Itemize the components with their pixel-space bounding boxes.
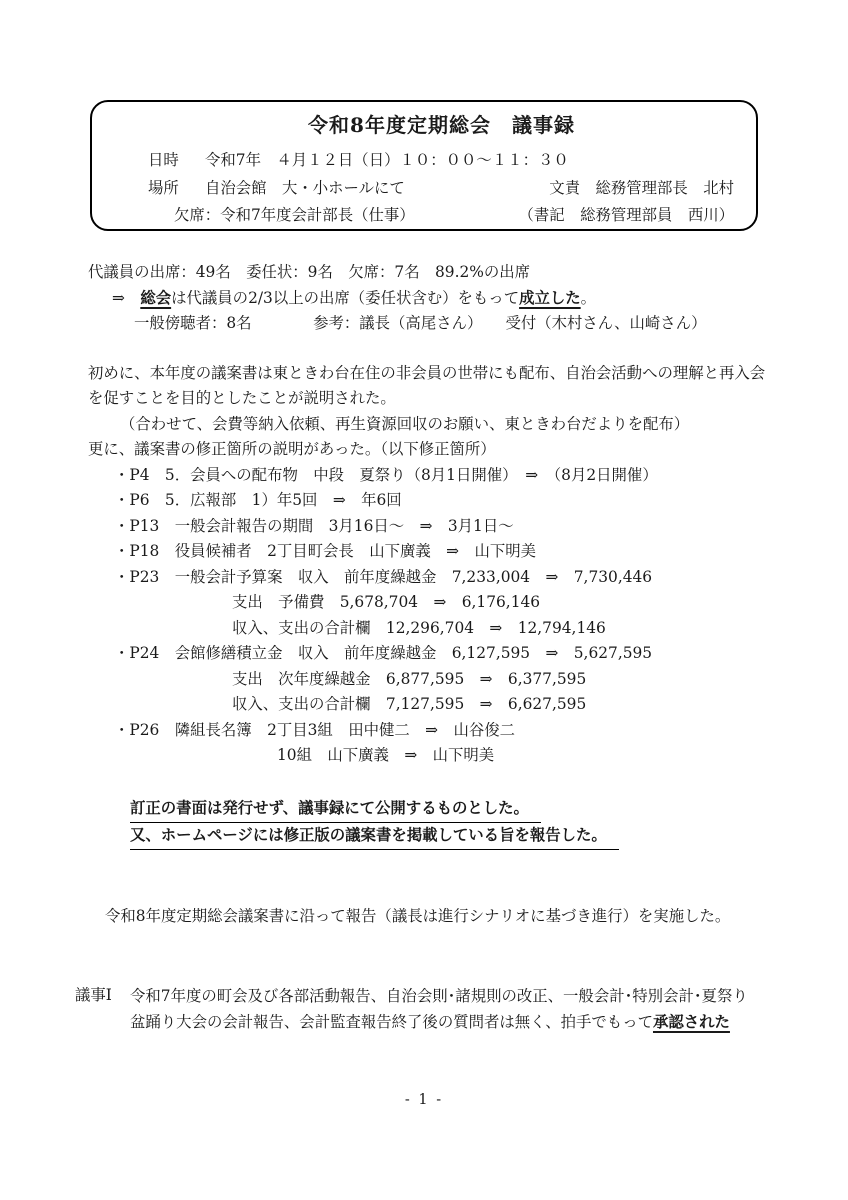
report-line: 令和8年度定期総会議案書に沿って報告（議長は進行シナリオに基づき進行）を実施した… [0,904,848,930]
place-pair: 場所自治会館 大・小ホールにて [148,175,405,203]
agenda-label: 議事Ⅰ [75,983,130,1035]
conclusion-underline-2: 成立した [519,289,581,307]
emphasized-note-2: 又、ホームページには修正版の議案書を掲載している旨を報告した。 [130,824,619,850]
attendance-conclusion: ⇒ 総会は代議員の2/3以上の出席（委任状含む）をもって成立した。 [0,286,848,312]
correction-item-p24-total: 収入、支出の合計欄 7,127,595 ⇒ 6,627,595 [0,692,848,718]
place-label: 場所 [148,175,205,203]
header-box: 令和8年度定期総会 議事録 日時令和7年 ４月１２日（日）１０：００～１１：３０… [90,100,758,231]
conclusion-middle: は代議員の2/3以上の出席（委任状含む）をもって [171,289,519,307]
agenda-line-2: 盆踊り大会の会計報告、会計監査報告終了後の質問者は無く、拍手でもって承認された [130,1009,748,1035]
agenda-text: 令和7年度の町会及び各部活動報告、自治会則･諸規則の改正、一般会計･特別会計･夏… [130,983,748,1035]
correction-item-p4: ・P4 5．会員への配布物 中段 夏祭り（8月1日開催） ⇒ （8月2日開催） [0,463,848,489]
audience-line: 一般傍聴者：8名 参考：議長（高尾さん） 受付（木村さん、山崎さん） [0,311,848,337]
conclusion-period: 。 [581,289,596,307]
report-section: 令和8年度定期総会議案書に沿って報告（議長は進行シナリオに基づき進行）を実施した… [0,904,848,930]
agenda-item-1: 議事Ⅰ 令和7年度の町会及び各部活動報告、自治会則･諸規則の改正、一般会計･特別… [0,983,848,1035]
datetime-pair: 日時令和7年 ４月１２日（日）１０：００～１１：３０ [148,147,569,175]
agenda-approved-emphasis: 承認された [653,1013,730,1031]
page-number: - 1 - [0,1092,848,1108]
absent-value: 欠席：令和7年度会計部長（仕事） [174,206,415,224]
emphasized-notes: 訂正の書面は発行せず、議事録にて公開するものとした。 又、ホームページには修正版… [0,796,848,850]
correction-item-p18: ・P18 役員候補者 2丁目町会長 山下廣義 ⇒ 山下明美 [0,539,848,565]
correction-item-p23-total: 収入、支出の合計欄 12,296,704 ⇒ 12,794,146 [0,616,848,642]
datetime-right [734,147,735,175]
note-row: 訂正の書面は発行せず、議事録にて公開するものとした。 [0,796,848,823]
correction-item-p23: ・P23 一般会計予算案 収入 前年度繰越金 7,233,004 ⇒ 7,730… [0,565,848,591]
explanation-section: 初めに、本年度の議案書は東ときわ台在住の非会員の世帯にも配布、自治会活動への理解… [0,361,848,463]
attendance-counts: 代議員の出席：49名 委任状：9名 欠席：7名 89.2%の出席 [0,260,848,286]
document-title: 令和8年度定期総会 議事録 [148,110,735,140]
datetime-value: 令和7年 ４月１２日（日）１０：００～１１：３０ [205,151,569,169]
header-row-absent: 欠席：令和7年度会計部長（仕事） （書記 総務管理部員 西川） [148,202,735,230]
agenda-line-1: 令和7年度の町会及び各部活動報告、自治会則･諸規則の改正、一般会計･特別会計･夏… [130,983,748,1009]
scribe-credit: （書記 総務管理部員 西川） [519,202,735,230]
double-arrow-glyph: ⇒ [112,289,125,307]
header-row-place: 場所自治会館 大・小ホールにて 文責 総務管理部長 北村 [148,175,735,203]
conclusion-underline-1: 総会 [140,289,171,307]
explanation-parenthetical: （合わせて、会費等納入依頼、再生資源回収のお願い、東ときわ台だよりを配布） [0,412,848,438]
place-value: 自治会館 大・小ホールにて [205,179,405,197]
attendance-section: 代議員の出席：49名 委任状：9名 欠席：7名 89.2%の出席 ⇒ 総会は代議… [0,260,848,337]
emphasized-note-1: 訂正の書面は発行せず、議事録にて公開するものとした。 [130,797,541,823]
note-row: 又、ホームページには修正版の議案書を掲載している旨を報告した。 [0,823,848,850]
absent-pair: 欠席：令和7年度会計部長（仕事） [148,202,415,230]
correction-item-p26-group10: 10組 山下廣義 ⇒ 山下明美 [0,743,848,769]
correction-item-p24-expense: 支出 次年度繰越金 6,877,595 ⇒ 6,377,595 [0,667,848,693]
correction-item-p6: ・P6 5．広報部 1）年5回 ⇒ 年6回 [0,488,848,514]
header-meta: 日時令和7年 ４月１２日（日）１０：００～１１：３０ 場所自治会館 大・小ホール… [148,147,735,230]
correction-item-p13: ・P13 一般会計報告の期間 3月16日～ ⇒ 3月1日～ [0,514,848,540]
datetime-label: 日時 [148,147,205,175]
explanation-line: 初めに、本年度の議案書は東ときわ台在住の非会員の世帯にも配布、自治会活動への理解… [0,361,848,387]
correction-item-p23-expense: 支出 予備費 5,678,704 ⇒ 6,176,146 [0,590,848,616]
explanation-line: を促すことを目的としたことが説明された。 [0,386,848,412]
agenda-line-2-text: 盆踊り大会の会計報告、会計監査報告終了後の質問者は無く、拍手でもって [130,1013,653,1031]
explanation-line: 更に、議案書の修正箇所の説明があった。（以下修正箇所） [0,437,848,463]
document-body: 代議員の出席：49名 委任状：9名 欠席：7名 89.2%の出席 ⇒ 総会は代議… [0,231,848,1035]
correction-item-p24: ・P24 会館修繕積立金 収入 前年度繰越金 6,127,595 ⇒ 5,627… [0,641,848,667]
document-page: 令和8年度定期総会 議事録 日時令和7年 ４月１２日（日）１０：００～１１：３０… [0,0,848,1200]
correction-item-p26: ・P26 隣組長名簿 2丁目3組 田中健二 ⇒ 山谷俊二 [0,718,848,744]
writer-credit: 文責 総務管理部長 北村 [549,175,735,203]
header-row-datetime: 日時令和7年 ４月１２日（日）１０：００～１１：３０ [148,147,735,175]
corrections-list: ・P4 5．会員への配布物 中段 夏祭り（8月1日開催） ⇒ （8月2日開催） … [0,463,848,769]
